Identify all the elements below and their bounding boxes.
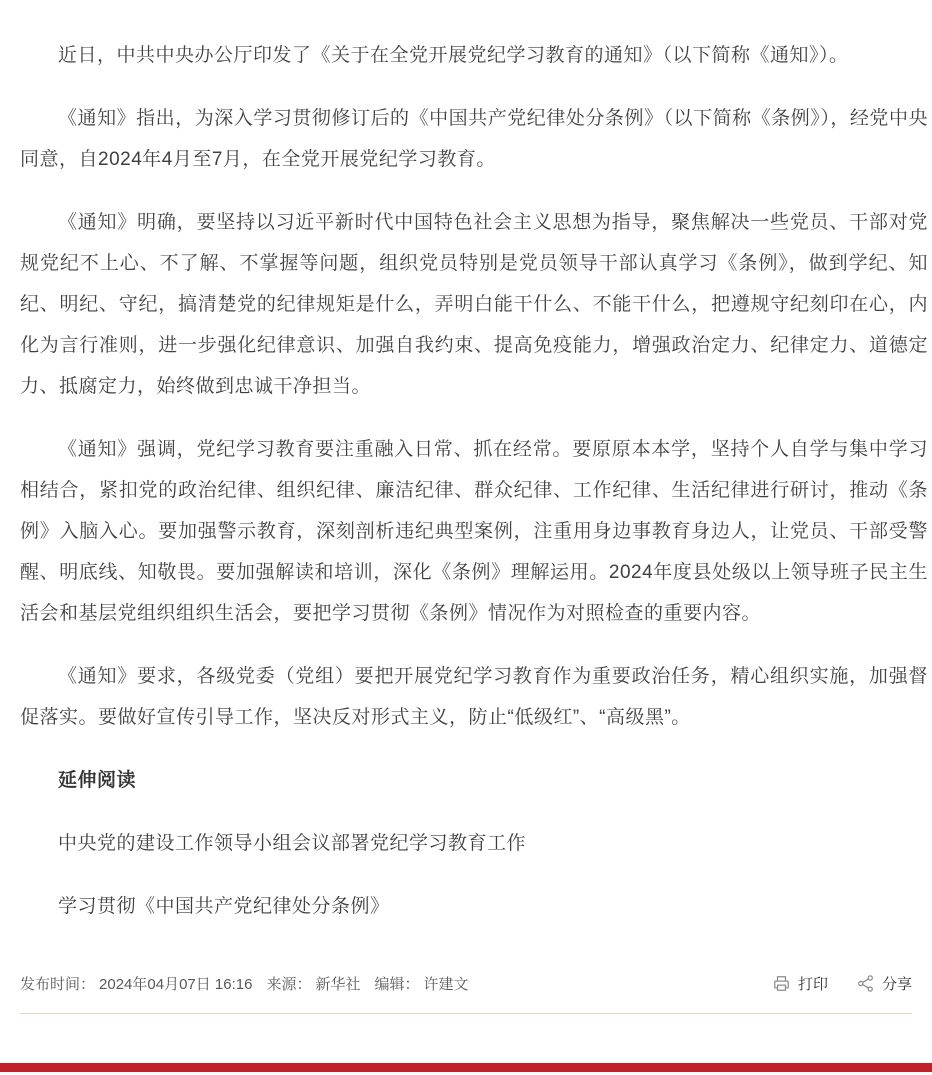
extended-reading-heading: 延伸阅读	[20, 760, 928, 801]
article-content: 近日，中共中央办公厅印发了《关于在全党开展党纪学习教育的通知》（以下简称《通知》…	[0, 0, 932, 927]
source-label: 来源：	[266, 976, 311, 993]
article-paragraph-2: 《通知》指出，为深入学习贯彻修订后的《中国共产党纪律处分条例》（以下简称《条例》…	[20, 98, 928, 180]
share-button-label: 分享	[882, 973, 912, 994]
article-paragraph-1: 近日，中共中央办公厅印发了《关于在全党开展党纪学习教育的通知》（以下简称《通知》…	[20, 35, 928, 76]
share-button[interactable]: 分享	[856, 973, 912, 994]
publish-time-label: 发布时间：	[20, 976, 95, 993]
source-value: 新华社	[315, 976, 360, 993]
footer-accent-bar	[0, 1063, 932, 1072]
article-paragraph-4: 《通知》强调，党纪学习教育要注重融入日常、抓在经常。要原原本本学，坚持个人自学与…	[20, 429, 928, 634]
publish-time-value: 2024年04月07日 16:16	[99, 976, 252, 993]
article-paragraph-5: 《通知》要求，各级党委（党组）要把开展党纪学习教育作为重要政治任务，精心组织实施…	[20, 656, 928, 738]
editor-label: 编辑：	[375, 976, 420, 993]
article-meta-bar: 发布时间：2024年04月07日 16:16来源：新华社编辑：许建文 打印	[20, 973, 912, 994]
footer-divider	[20, 1013, 912, 1014]
share-nodes-icon	[856, 974, 875, 993]
print-button-label: 打印	[798, 973, 828, 994]
related-article-link-2[interactable]: 学习贯彻《中国共产党纪律处分条例》	[20, 886, 928, 927]
article-page: 近日，中共中央办公厅印发了《关于在全党开展党纪学习教育的通知》（以下简称《通知》…	[0, 0, 932, 1075]
editor-value: 许建文	[424, 976, 469, 993]
publish-info: 发布时间：2024年04月07日 16:16来源：新华社编辑：许建文	[20, 973, 473, 994]
printer-icon	[772, 974, 791, 993]
print-button[interactable]: 打印	[772, 973, 828, 994]
article-tools: 打印 分享	[772, 973, 912, 994]
article-paragraph-3: 《通知》明确，要坚持以习近平新时代中国特色社会主义思想为指导，聚焦解决一些党员、…	[20, 202, 928, 407]
related-article-link-1[interactable]: 中央党的建设工作领导小组会议部署党纪学习教育工作	[20, 823, 928, 864]
